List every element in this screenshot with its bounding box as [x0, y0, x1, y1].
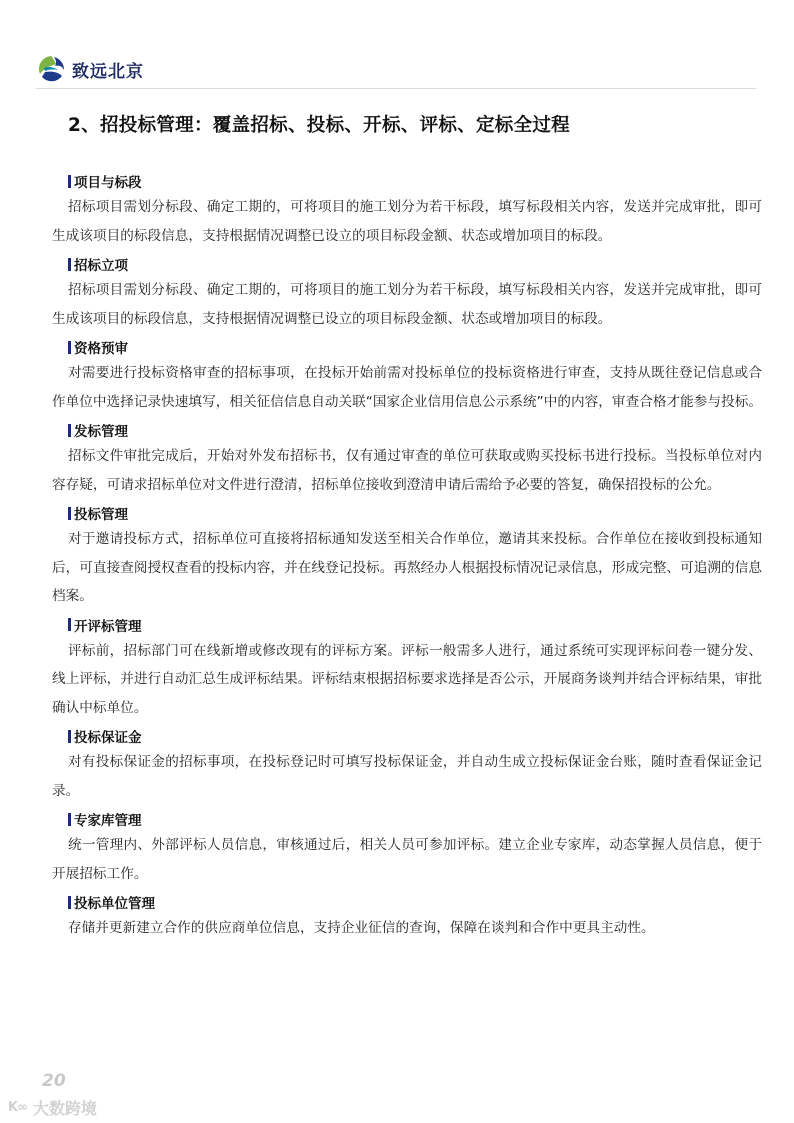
page-number: 20	[42, 1071, 66, 1091]
section-heading: 投标保证金	[68, 725, 762, 747]
section-heading-text: 发标管理	[74, 420, 128, 440]
section-heading: 投标单位管理	[68, 891, 762, 913]
watermark: K∞ 大数跨境	[8, 1096, 97, 1119]
heading-bar-icon	[68, 618, 71, 631]
heading-bar-icon	[68, 507, 71, 520]
content-body: 项目与标段 招标项目需划分标段、确定工期的，可将项目的施工划分为若干标段，填写标…	[52, 170, 762, 946]
section-bid-evaluation: 开评标管理 评标前，招标部门可在线新增或修改现有的评标方案。评标一般需多人进行，…	[52, 614, 762, 723]
section-heading: 开评标管理	[68, 614, 762, 636]
section-expert-pool: 专家库管理 统一管理内、外部评标人员信息，审核通过后，相关人员可参加评标。建立企…	[52, 808, 762, 888]
section-paragraph: 统一管理内、外部评标人员信息，审核通过后，相关人员可参加评标。建立企业专家库，动…	[52, 831, 762, 888]
section-heading: 专家库管理	[68, 808, 762, 830]
section-paragraph: 招标项目需划分标段、确定工期的，可将项目的施工划分为若干标段，填写标段相关内容，…	[52, 276, 762, 333]
section-bid-management: 投标管理 对于邀请投标方式，招标单位可直接将招标通知发送至相关合作单位，邀请其来…	[52, 502, 762, 611]
section-heading-text: 投标单位管理	[74, 892, 155, 912]
section-bid-deposit: 投标保证金 对有投标保证金的招标事项，在投标登记时可填写投标保证金，并自动生成立…	[52, 725, 762, 805]
heading-bar-icon	[68, 424, 71, 437]
section-paragraph: 存储并更新建立合作的供应商单位信息，支持企业征信的查询，保障在谈判和合作中更具主…	[52, 914, 762, 943]
heading-bar-icon	[68, 896, 71, 909]
section-bidder-management: 投标单位管理 存储并更新建立合作的供应商单位信息，支持企业征信的查询，保障在谈判…	[52, 891, 762, 943]
brand-logo-icon	[36, 54, 66, 84]
heading-bar-icon	[68, 175, 71, 188]
section-heading-text: 招标立项	[74, 254, 128, 274]
watermark-text: 大数跨境	[33, 1096, 97, 1119]
brand-name: 致远北京	[72, 57, 144, 82]
section-paragraph: 对有投标保证金的招标事项，在投标登记时可填写投标保证金，并自动生成立投标保证金台…	[52, 748, 762, 805]
section-heading-text: 项目与标段	[74, 171, 142, 191]
section-heading: 招标立项	[68, 253, 762, 275]
header-divider	[36, 88, 756, 89]
section-heading-text: 开评标管理	[74, 615, 142, 635]
section-heading-text: 专家库管理	[74, 809, 142, 829]
section-tender-initiation: 招标立项 招标项目需划分标段、确定工期的，可将项目的施工划分为若干标段，填写标段…	[52, 253, 762, 333]
heading-bar-icon	[68, 258, 71, 271]
section-paragraph: 招标文件审批完成后，开始对外发布招标书，仅有通过审查的单位可获取或购买投标书进行…	[52, 442, 762, 499]
section-paragraph: 招标项目需划分标段、确定工期的，可将项目的施工划分为若干标段，填写标段相关内容，…	[52, 193, 762, 250]
section-paragraph: 对于邀请投标方式，招标单位可直接将招标通知发送至相关合作单位，邀请其来投标。合作…	[52, 525, 762, 611]
document-header: 致远北京	[36, 54, 144, 84]
section-heading-text: 资格预审	[74, 337, 128, 357]
heading-bar-icon	[68, 341, 71, 354]
section-heading: 投标管理	[68, 502, 762, 524]
section-tender-issuance: 发标管理 招标文件审批完成后，开始对外发布招标书，仅有通过审查的单位可获取或购买…	[52, 419, 762, 499]
heading-bar-icon	[68, 813, 71, 826]
section-paragraph: 对需要进行投标资格审查的招标事项，在投标开始前需对投标单位的投标资格进行审查，支…	[52, 359, 762, 416]
section-paragraph: 评标前，招标部门可在线新增或修改现有的评标方案。评标一般需多人进行，通过系统可实…	[52, 637, 762, 723]
page-title: 2、招投标管理：覆盖招标、投标、开标、评标、定标全过程	[68, 111, 570, 137]
section-heading: 项目与标段	[68, 170, 762, 192]
section-prequalification: 资格预审 对需要进行投标资格审查的招标事项，在投标开始前需对投标单位的投标资格进…	[52, 336, 762, 416]
watermark-logo-icon: K∞	[8, 1100, 27, 1115]
heading-bar-icon	[68, 730, 71, 743]
section-heading-text: 投标保证金	[74, 726, 142, 746]
section-project-lots: 项目与标段 招标项目需划分标段、确定工期的，可将项目的施工划分为若干标段，填写标…	[52, 170, 762, 250]
section-heading-text: 投标管理	[74, 503, 128, 523]
section-heading: 资格预审	[68, 336, 762, 358]
section-heading: 发标管理	[68, 419, 762, 441]
